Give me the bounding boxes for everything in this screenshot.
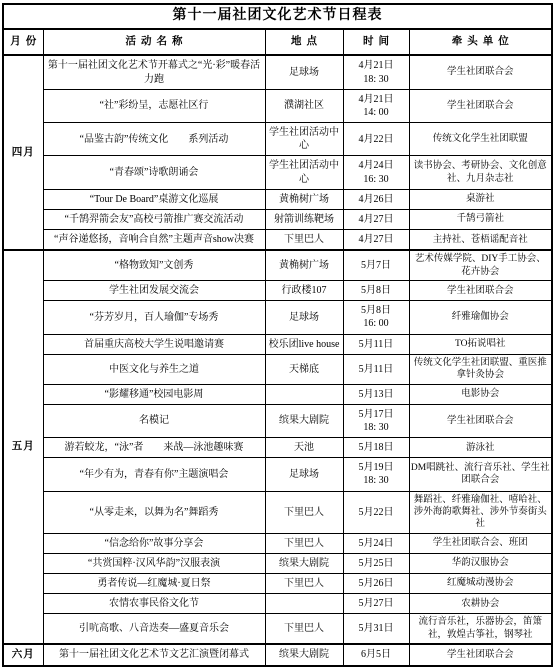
time-cell: 5月17日 18: 30	[343, 404, 409, 437]
table-row: 勇者传说—红魔城·夏日祭下里巴人5月26日红魔城动漫协会	[3, 574, 552, 594]
unit-cell: 电影协会	[409, 384, 552, 404]
time-cell: 4月26日	[343, 189, 409, 209]
column-header-time: 时间	[343, 29, 409, 55]
title-row: 第十一届社团文化艺术节日程表	[3, 4, 552, 29]
activity-cell: 农情农事民俗文化节	[43, 594, 265, 614]
table-row: 首届重庆高校大学生说唱邀请赛校乐团live house5月11日TO拓说唱社	[3, 334, 552, 354]
activity-cell: “影耀移通”校园电影周	[43, 384, 265, 404]
unit-cell: 流行音乐社，乐器协会，笛箫社，敦煌古筝社，钢琴社	[409, 614, 552, 644]
place-cell: 学生社团活动中心	[265, 123, 343, 156]
unit-cell: 桌游社	[409, 189, 552, 209]
column-header-place: 地点	[265, 29, 343, 55]
place-cell	[265, 384, 343, 404]
place-cell: 下里巴人	[265, 533, 343, 553]
table-row: “年少有为，青春有你”主题演唱会足球场5月19日 18: 30DM唱跳社、流行音…	[3, 458, 552, 491]
table-row: “信念给你”故事分享会下里巴人5月24日学生社团联合会、班团	[3, 533, 552, 553]
table-row: 引吭高歌、八音迭奏—盛夏音乐会下里巴人5月31日流行音乐社，乐器协会，笛箫社，敦…	[3, 614, 552, 644]
schedule-document: 第十一届社团文化艺术节日程表 月份 活动名称 地点 时间 牵头单位 四月第十一届…	[0, 0, 553, 646]
activity-cell: 名模记	[43, 404, 265, 437]
place-cell: 天池	[265, 438, 343, 458]
table-row: “青春颂”诗歌朗诵会学生社团活动中心4月24日 16: 30读书协会、考研协会、…	[3, 156, 552, 189]
activity-cell: 勇者传说—红魔城·夏日祭	[43, 574, 265, 594]
column-header-unit: 牵头单位	[409, 29, 552, 55]
unit-cell: DM唱跳社、流行音乐社、学生社团联合会	[409, 458, 552, 491]
table-row: “从零走来，以舞为名”舞蹈秀下里巴人5月22日舞蹈社、纤雅瑜伽社、嘻哈社、涉外海…	[3, 491, 552, 533]
time-cell: 5月24日	[343, 533, 409, 553]
time-cell: 5月7日	[343, 250, 409, 280]
place-cell: 足球场	[265, 458, 343, 491]
table-row: “共赏国粹·汉风华韵”汉服表演缤果大剧院5月25日华韵汉服协会	[3, 553, 552, 573]
month-cell: 四月	[3, 55, 43, 250]
schedule-body: 四月第十一届社团文化艺术节开幕式之“光·彩”暖春活力跑足球场4月21日 18: …	[3, 55, 552, 666]
time-cell: 5月31日	[343, 614, 409, 644]
schedule-table: 第十一届社团文化艺术节日程表 月份 活动名称 地点 时间 牵头单位 四月第十一届…	[2, 3, 553, 667]
unit-cell: 学生社团联合会	[409, 89, 552, 122]
time-cell: 5月27日	[343, 594, 409, 614]
table-row: “影耀移通”校园电影周5月13日电影协会	[3, 384, 552, 404]
activity-cell: “共赏国粹·汉风华韵”汉服表演	[43, 553, 265, 573]
table-row: “芬芳岁月，百人瑜伽”专场秀足球场5月8日 16: 00纤雅瑜伽协会	[3, 301, 552, 334]
activity-cell: “品鉴古韵”传统文化 系列活动	[43, 123, 265, 156]
time-cell: 5月11日	[343, 354, 409, 384]
activity-cell: “社”彩纷呈，志愿社区行	[43, 89, 265, 122]
table-row: 学生社团发展交流会行政楼1075月8日学生社团联合会	[3, 281, 552, 301]
month-cell: 五月	[3, 250, 43, 644]
time-cell: 6月5日	[343, 644, 409, 666]
time-cell: 4月27日	[343, 230, 409, 251]
place-cell: 黄桷树广场	[265, 189, 343, 209]
time-cell: 4月21日 18: 30	[343, 55, 409, 89]
time-cell: 5月11日	[343, 334, 409, 354]
place-cell: 足球场	[265, 301, 343, 334]
activity-cell: 游若蛟龙，“泳”者 来战—泳池趣味赛	[43, 438, 265, 458]
activity-cell: 第十一届社团文化艺术节文艺汇演暨闭幕式	[43, 644, 265, 666]
unit-cell: 纤雅瑜伽协会	[409, 301, 552, 334]
table-row: 四月第十一届社团文化艺术节开幕式之“光·彩”暖春活力跑足球场4月21日 18: …	[3, 55, 552, 89]
unit-cell: 农耕协会	[409, 594, 552, 614]
time-cell: 5月25日	[343, 553, 409, 573]
activity-cell: 中医文化与养生之道	[43, 354, 265, 384]
activity-cell: “声谷递悠扬，音响合自然”主题声音show决赛	[43, 230, 265, 251]
unit-cell: 读书协会、考研协会、文化创意社、九月杂志社	[409, 156, 552, 189]
time-cell: 4月27日	[343, 210, 409, 230]
unit-cell: 学生社团联合会	[409, 644, 552, 666]
unit-cell: 舞蹈社、纤雅瑜伽社、嘻哈社、涉外海韵歌舞社、涉外节奏街头社	[409, 491, 552, 533]
time-cell: 5月18日	[343, 438, 409, 458]
time-cell: 4月21日 14: 00	[343, 89, 409, 122]
place-cell: 濮湖社区	[265, 89, 343, 122]
unit-cell: 学生社团联合会	[409, 281, 552, 301]
place-cell: 缤果大剧院	[265, 553, 343, 573]
time-cell: 5月8日	[343, 281, 409, 301]
place-cell: 学生社团活动中心	[265, 156, 343, 189]
unit-cell: 红魔城动漫协会	[409, 574, 552, 594]
unit-cell: 艺术传媒学院、DIY手工协会、花卉协会	[409, 250, 552, 280]
unit-cell: 学生社团联合会	[409, 404, 552, 437]
place-cell: 下里巴人	[265, 230, 343, 251]
place-cell: 下里巴人	[265, 574, 343, 594]
activity-cell: “芬芳岁月，百人瑜伽”专场秀	[43, 301, 265, 334]
time-cell: 5月8日 16: 00	[343, 301, 409, 334]
table-row: 农情农事民俗文化节5月27日农耕协会	[3, 594, 552, 614]
place-cell: 足球场	[265, 55, 343, 89]
table-row: 名模记缤果大剧院5月17日 18: 30学生社团联合会	[3, 404, 552, 437]
time-cell: 5月22日	[343, 491, 409, 533]
table-row: “社”彩纷呈，志愿社区行濮湖社区4月21日 14: 00学生社团联合会	[3, 89, 552, 122]
activity-cell: 学生社团发展交流会	[43, 281, 265, 301]
unit-cell: 传统文化学生社团联盟、重医推拿针灸协会	[409, 354, 552, 384]
time-cell: 5月26日	[343, 574, 409, 594]
place-cell: 下里巴人	[265, 491, 343, 533]
unit-cell: 主持社、苍梧谣配音社	[409, 230, 552, 251]
place-cell: 天梯底	[265, 354, 343, 384]
table-row: 五月“格物致知”文创秀黄桷树广场5月7日艺术传媒学院、DIY手工协会、花卉协会	[3, 250, 552, 280]
table-row: “千鹄羿箭会友”高校弓箭推广赛交流活动射箭训练靶场4月27日千鹄弓箭社	[3, 210, 552, 230]
activity-cell: “格物致知”文创秀	[43, 250, 265, 280]
unit-cell: 传统文化学生社团联盟	[409, 123, 552, 156]
time-cell: 5月19日 18: 30	[343, 458, 409, 491]
place-cell: 行政楼107	[265, 281, 343, 301]
place-cell: 下里巴人	[265, 614, 343, 644]
page-title: 第十一届社团文化艺术节日程表	[3, 4, 552, 29]
activity-cell: “信念给你”故事分享会	[43, 533, 265, 553]
unit-cell: 学生社团联合会	[409, 55, 552, 89]
table-row: 游若蛟龙，“泳”者 来战—泳池趣味赛天池5月18日游泳社	[3, 438, 552, 458]
unit-cell: 华韵汉服协会	[409, 553, 552, 573]
activity-cell: “青春颂”诗歌朗诵会	[43, 156, 265, 189]
activity-cell: “千鹄羿箭会友”高校弓箭推广赛交流活动	[43, 210, 265, 230]
activity-cell: 首届重庆高校大学生说唱邀请赛	[43, 334, 265, 354]
month-cell: 六月	[3, 644, 43, 666]
place-cell	[265, 594, 343, 614]
place-cell: 缤果大剧院	[265, 644, 343, 666]
activity-cell: “Tour De Board”桌游文化巡展	[43, 189, 265, 209]
place-cell: 缤果大剧院	[265, 404, 343, 437]
column-header-month: 月份	[3, 29, 43, 55]
place-cell: 校乐团live house	[265, 334, 343, 354]
table-header: 月份 活动名称 地点 时间 牵头单位	[3, 29, 552, 55]
time-cell: 5月13日	[343, 384, 409, 404]
unit-cell: 游泳社	[409, 438, 552, 458]
unit-cell: 学生社团联合会、班团	[409, 533, 552, 553]
time-cell: 4月22日	[343, 123, 409, 156]
place-cell: 射箭训练靶场	[265, 210, 343, 230]
table-row: 六月第十一届社团文化艺术节文艺汇演暨闭幕式缤果大剧院6月5日学生社团联合会	[3, 644, 552, 666]
activity-cell: 第十一届社团文化艺术节开幕式之“光·彩”暖春活力跑	[43, 55, 265, 89]
unit-cell: 千鹄弓箭社	[409, 210, 552, 230]
activity-cell: “年少有为，青春有你”主题演唱会	[43, 458, 265, 491]
activity-cell: “从零走来，以舞为名”舞蹈秀	[43, 491, 265, 533]
unit-cell: TO拓说唱社	[409, 334, 552, 354]
column-header-activity: 活动名称	[43, 29, 265, 55]
activity-cell: 引吭高歌、八音迭奏—盛夏音乐会	[43, 614, 265, 644]
table-row: “Tour De Board”桌游文化巡展黄桷树广场4月26日桌游社	[3, 189, 552, 209]
table-row: 中医文化与养生之道天梯底5月11日传统文化学生社团联盟、重医推拿针灸协会	[3, 354, 552, 384]
table-row: “声谷递悠扬，音响合自然”主题声音show决赛下里巴人4月27日主持社、苍梧谣配…	[3, 230, 552, 251]
place-cell: 黄桷树广场	[265, 250, 343, 280]
time-cell: 4月24日 16: 30	[343, 156, 409, 189]
table-row: “品鉴古韵”传统文化 系列活动学生社团活动中心4月22日传统文化学生社团联盟	[3, 123, 552, 156]
